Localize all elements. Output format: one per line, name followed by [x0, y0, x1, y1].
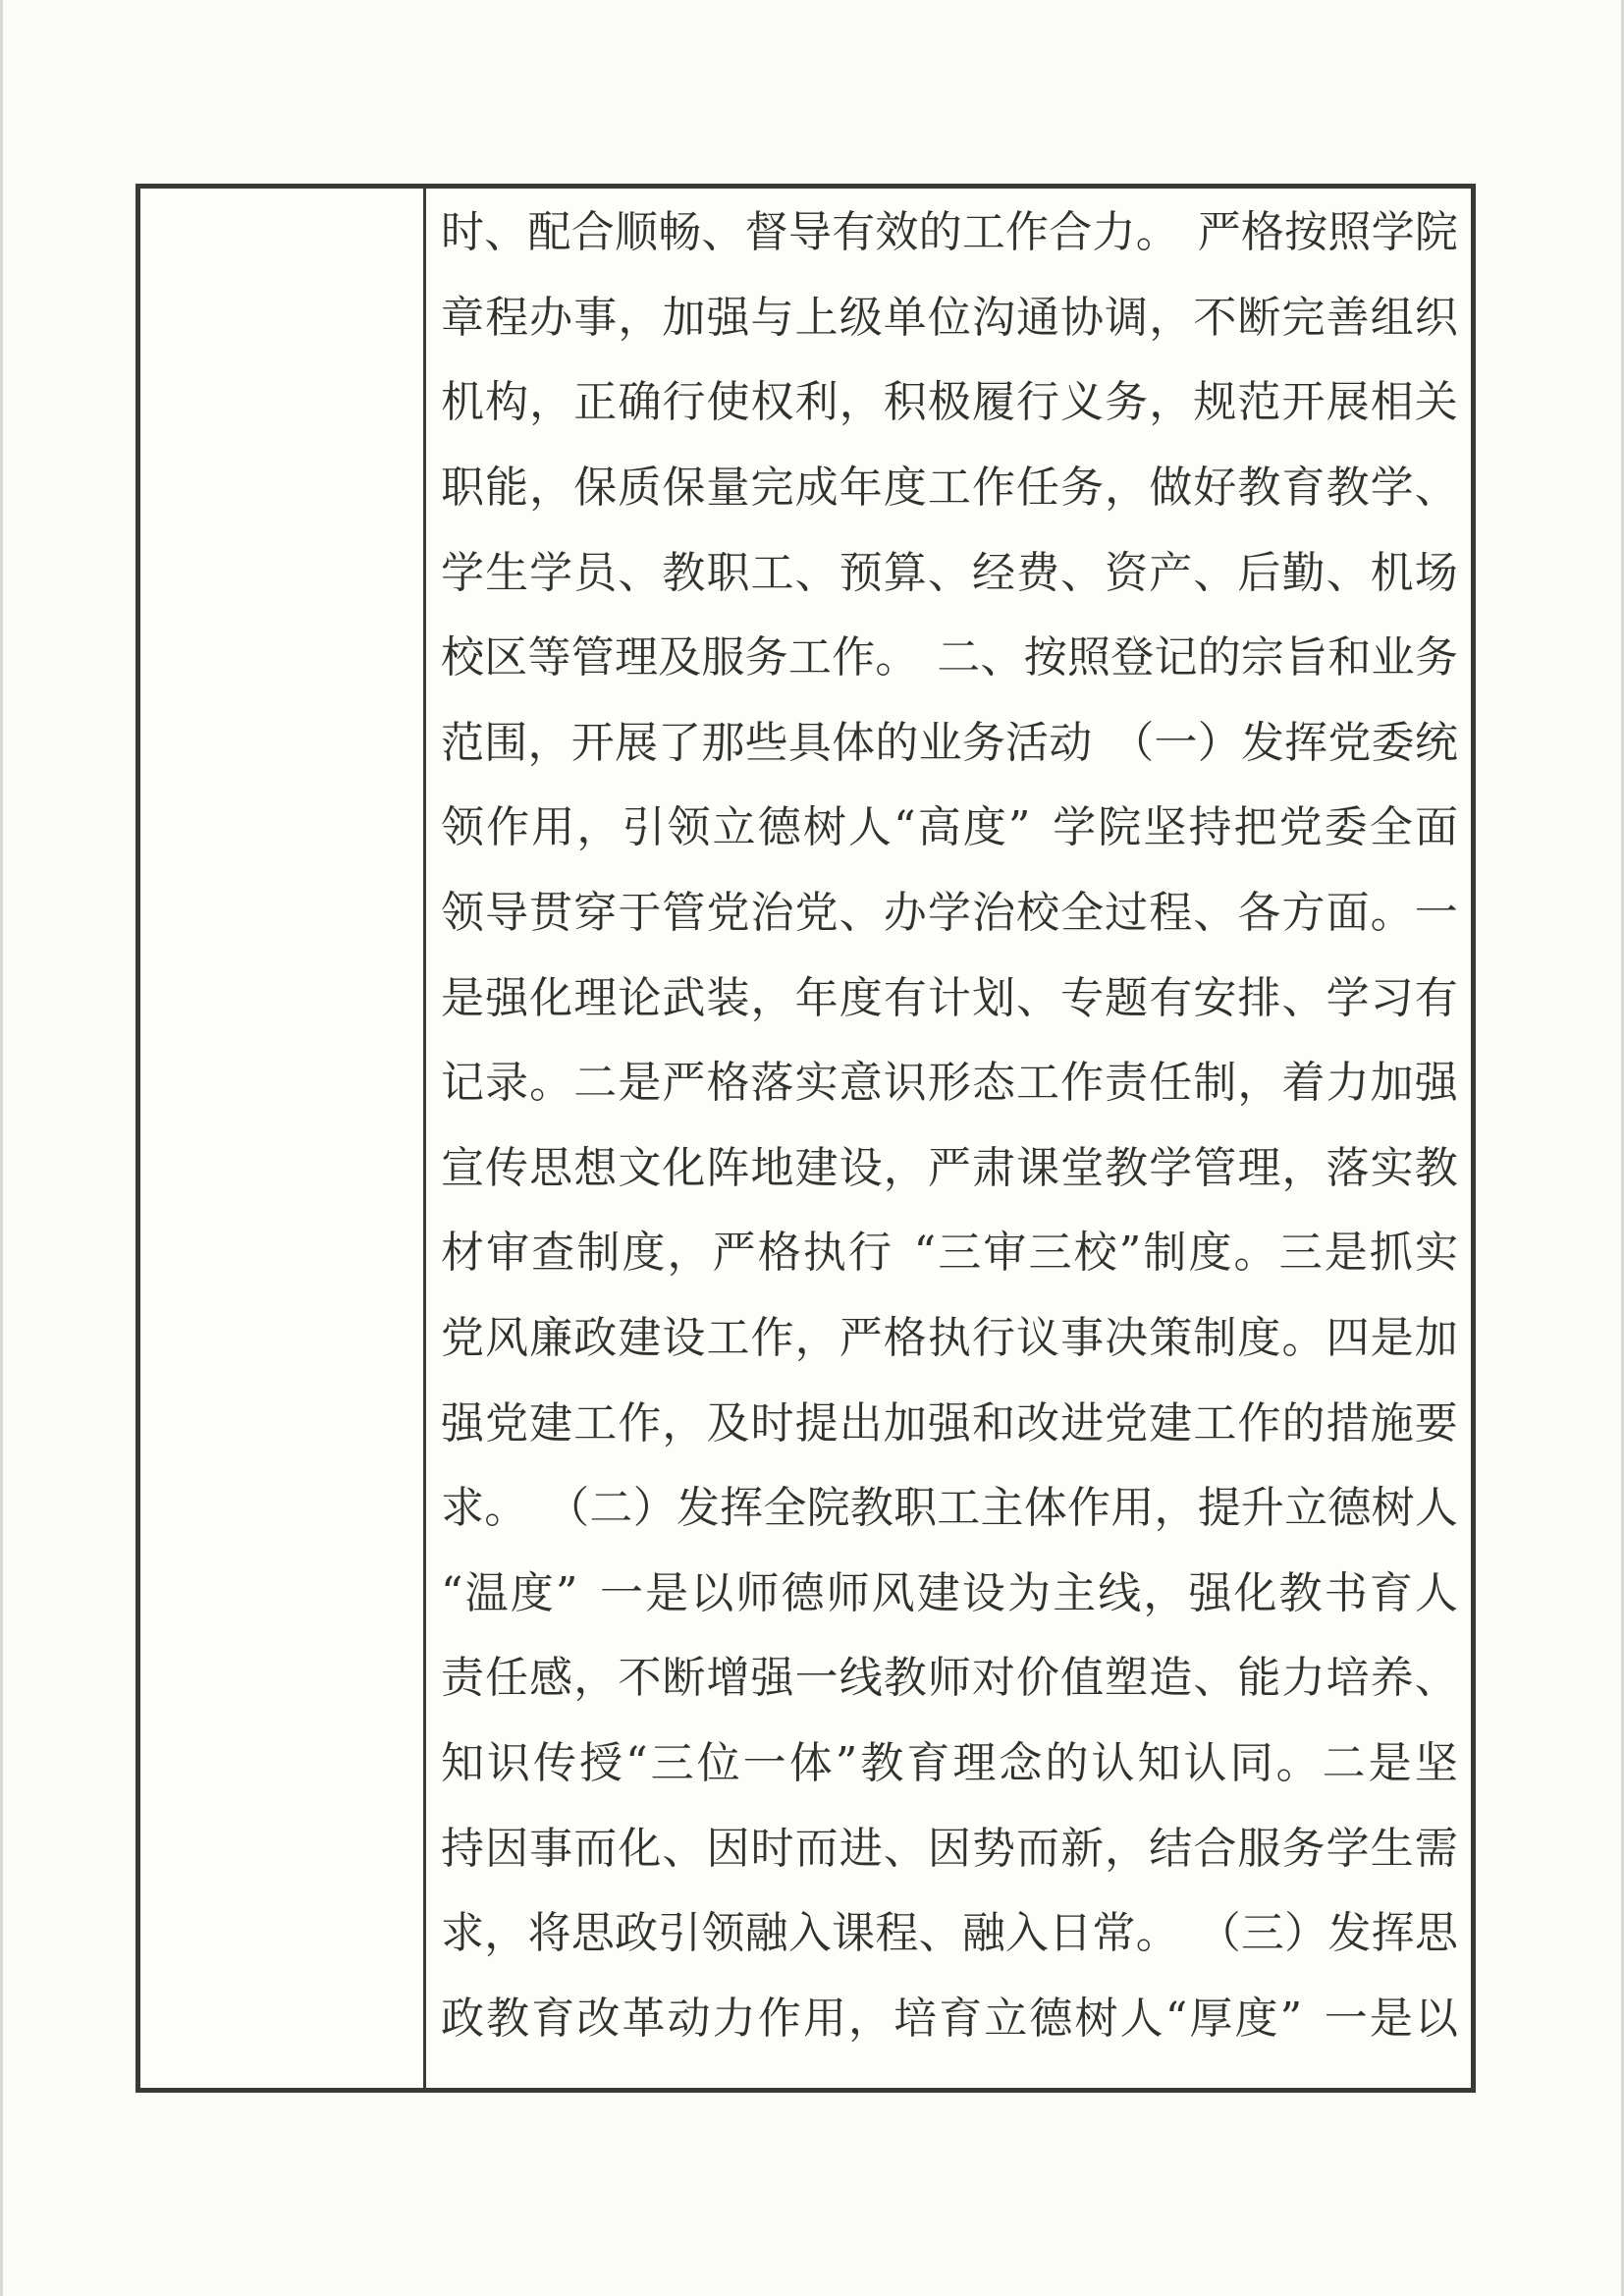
text-line: 校区等管理及服务工作。二、按照登记的宗旨和业务	[441, 616, 1458, 701]
text-line: 机构，正确行使权利，积极履行义务，规范开展相关	[441, 360, 1458, 446]
text-line: 记录。二是严格落实意识形态工作责任制，着力加强	[441, 1041, 1458, 1126]
text-line: 范围，开展了那些具体的业务活动（一）发挥党委统	[441, 701, 1458, 787]
text-line: 党风廉政建设工作，严格执行议事决策制度。四是加	[441, 1296, 1458, 1382]
text-line: 职能，保质保量完成年度工作任务，做好教育教学、	[441, 446, 1458, 531]
text-line: 材审查制度，严格执行“三审三校”制度。三是抓实	[441, 1211, 1458, 1296]
text-line: 求。（二）发挥全院教职工主体作用，提升立德树人	[441, 1466, 1458, 1552]
text-line: “温度”一是以师德师风建设为主线，强化教书育人	[441, 1552, 1458, 1637]
text-line: 责任感，不断增强一线教师对价值塑造、能力培养、	[441, 1636, 1458, 1722]
text-line: 章程办事，加强与上级单位沟通协调，不断完善组织	[441, 276, 1458, 361]
text-line: 求，将思政引领融入课程、融入日常。（三）发挥思	[441, 1891, 1458, 1977]
text-line: 学生学员、教职工、预算、经费、资产、后勤、机场	[441, 530, 1458, 616]
form-table: 时、配合顺畅、督导有效的工作合力。严格按照学院章程办事，加强与上级单位沟通协调，…	[135, 184, 1476, 2093]
text-line: 强党建工作，及时提出加强和改进党建工作的措施要	[441, 1381, 1458, 1466]
text-line: 知识传授“三位一体”教育理念的认知认同。二是坚	[441, 1722, 1458, 1807]
text-line: 政教育改革动力作用，培育立德树人“厚度”一是以	[441, 1976, 1458, 2061]
text-line: 时、配合顺畅、督导有效的工作合力。严格按照学院	[441, 191, 1458, 276]
text-line: 领作用，引领立德树人“高度”学院坚持把党委全面	[441, 786, 1458, 871]
text-line: 领导贯穿于管党治党、办学治校全过程、各方面。一	[441, 871, 1458, 957]
text-line: 宣传思想文化阵地建设，严肃课堂教学管理，落实教	[441, 1126, 1458, 1212]
text-line: 持因事而化、因时而进、因势而新，结合服务学生需	[441, 1806, 1458, 1891]
table-cell-label-column-empty	[140, 189, 426, 2088]
scanned-document-page: 时、配合顺畅、督导有效的工作合力。严格按照学院章程办事，加强与上级单位沟通协调，…	[0, 0, 1624, 2296]
text-line: 是强化理论武装，年度有计划、专题有安排、学习有	[441, 956, 1458, 1041]
table-cell-content-column: 时、配合顺畅、督导有效的工作合力。严格按照学院章程办事，加强与上级单位沟通协调，…	[426, 189, 1471, 2088]
paragraph-lines: 时、配合顺畅、督导有效的工作合力。严格按照学院章程办事，加强与上级单位沟通协调，…	[441, 191, 1458, 2061]
scan-edge-artifact-left	[0, 0, 3, 2296]
